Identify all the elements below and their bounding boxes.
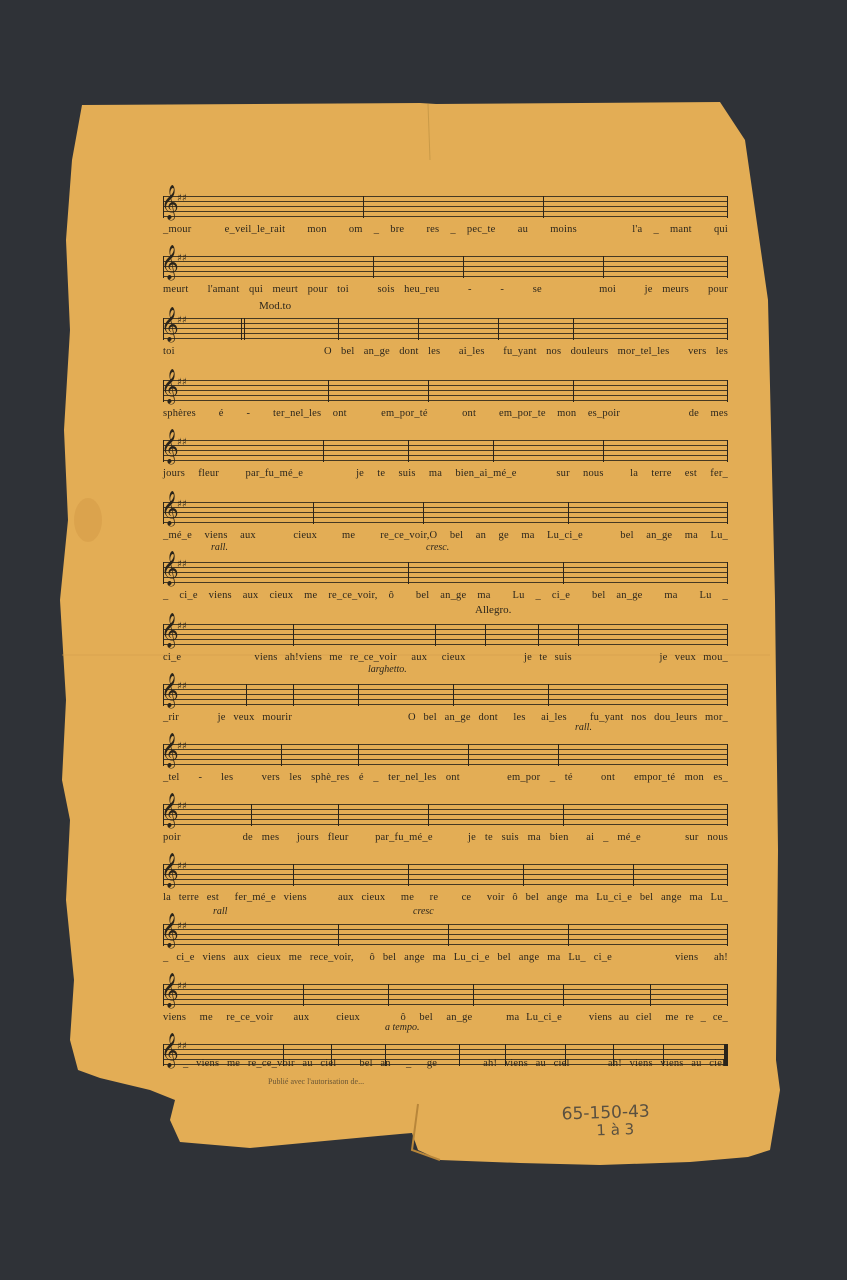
music-system-8: 𝄞 ♯♯ ci_e viens ah!viens me re_ce_voir a…	[163, 618, 728, 678]
staff: 𝄞 ♯♯	[163, 196, 728, 218]
staff: 𝄞 ♯♯	[163, 318, 728, 340]
lyric-line: sphères é - ter_nel_les ont em_por_té on…	[163, 408, 728, 419]
key-signature-sharp-icon: ♯♯	[177, 253, 187, 264]
lyric-line: toi O bel an_ge dont les ai_les fu_yant …	[163, 346, 728, 357]
sheet-music-page: 𝄞 ♯♯ _mour e_veil_le_rait mon om _ bre r…	[0, 0, 847, 1280]
rall-marking: rall.	[211, 542, 228, 553]
music-system-2: 𝄞 ♯♯ meurt l'amant qui meurt pour toi so…	[163, 250, 728, 310]
lyric-line: poir de mes jours fleur par_fu_mé_e je t…	[163, 832, 728, 843]
key-signature-sharp-icon: ♯♯	[177, 377, 187, 388]
staff: 𝄞 ♯♯	[163, 804, 728, 826]
staff: 𝄞 ♯♯	[163, 624, 728, 646]
lyric-line: jours fleur par_fu_mé_e je te suis ma bi…	[163, 468, 728, 479]
key-signature-sharp-icon: ♯♯	[177, 681, 187, 692]
music-system-11: 𝄞 ♯♯ poir de mes jours fleur par_fu_mé_e…	[163, 798, 728, 858]
lyric-line: _tel - les vers les sphè_res é _ ter_nel…	[163, 772, 728, 783]
music-system-14: 𝄞 ♯♯ viens me re_ce_voir aux cieux ô bel…	[163, 978, 728, 1038]
publisher-imprint: Publié avec l'autorisation de...	[268, 1077, 364, 1086]
lyric-line: _ ci_e viens aux cieux me rece_voir, ô b…	[163, 952, 728, 963]
staff: 𝄞 ♯♯	[163, 924, 728, 946]
lyric-line: la terre est fer_mé_e viens aux cieux me…	[163, 892, 728, 903]
lyric-line: meurt l'amant qui meurt pour toi sois he…	[163, 284, 728, 295]
music-system-1: 𝄞 ♯♯ _mour e_veil_le_rait mon om _ bre r…	[163, 190, 728, 250]
staff: 𝄞 ♯♯	[163, 440, 728, 462]
handwritten-accession-number: 65-150-43 1 à 3	[561, 1103, 650, 1140]
music-system-3: 𝄞 ♯♯ toi O bel an_ge dont les ai_les fu_…	[163, 312, 728, 372]
key-signature-sharp-icon: ♯♯	[177, 621, 187, 632]
music-system-15: 𝄞 ♯♯ _ viens me re_ce_voir au ciel bel a…	[163, 1038, 728, 1098]
staff: 𝄞 ♯♯	[163, 684, 728, 706]
key-signature-sharp-icon: ♯♯	[177, 315, 187, 326]
lyric-line: _ ci_e viens aux cieux me re_ce_voir, ô …	[163, 590, 728, 601]
music-system-9: 𝄞 ♯♯ _rir je veux mourir O bel an_ge don…	[163, 678, 728, 738]
music-system-10: 𝄞 ♯♯ _tel - les vers les sphè_res é _ te…	[163, 738, 728, 798]
staff: 𝄞 ♯♯	[163, 864, 728, 886]
lyric-line: viens me re_ce_voir aux cieux ô bel an_g…	[163, 1012, 728, 1023]
key-signature-sharp-icon: ♯♯	[177, 921, 187, 932]
lyric-line: _mour e_veil_le_rait mon om _ bre res _ …	[163, 224, 728, 235]
key-signature-sharp-icon: ♯♯	[177, 499, 187, 510]
key-signature-sharp-icon: ♯♯	[177, 193, 187, 204]
lyric-line: _mé_e viens aux cieux me re_ce_voir,O be…	[163, 530, 728, 541]
lyric-line: _ viens me re_ce_voir au ciel bel an _ g…	[183, 1058, 728, 1069]
key-signature-sharp-icon: ♯♯	[177, 801, 187, 812]
key-signature-sharp-icon: ♯♯	[177, 861, 187, 872]
key-signature-sharp-icon: ♯♯	[177, 741, 187, 752]
music-system-5: 𝄞 ♯♯ jours fleur par_fu_mé_e je te suis …	[163, 434, 728, 494]
music-system-12: 𝄞 ♯♯ la terre est fer_mé_e viens aux cie…	[163, 858, 728, 918]
lyric-line: _rir je veux mourir O bel an_ge dont les…	[163, 712, 728, 723]
music-system-4: 𝄞 ♯♯ sphères é - ter_nel_les ont em_por_…	[163, 374, 728, 434]
a-tempo-marking: a tempo.	[385, 1022, 419, 1033]
staff: 𝄞 ♯♯	[163, 502, 728, 524]
lyric-line: ci_e viens ah!viens me re_ce_voir aux ci…	[163, 652, 728, 663]
allegro-marking: Allegro.	[475, 604, 511, 616]
music-system-13: 𝄞 ♯♯ _ ci_e viens aux cieux me rece_voir…	[163, 918, 728, 978]
staff: 𝄞 ♯♯	[163, 744, 728, 766]
key-signature-sharp-icon: ♯♯	[177, 1041, 187, 1052]
rall-marking: rall.	[575, 722, 592, 733]
tempo-marking: Mod.to	[259, 300, 291, 312]
larghetto-marking: larghetto.	[368, 664, 407, 675]
page-range: 1 à 3	[580, 1121, 650, 1139]
key-signature-sharp-icon: ♯♯	[177, 559, 187, 570]
staff: 𝄞 ♯♯	[163, 380, 728, 402]
rall-marking: rall	[213, 906, 227, 917]
music-system-7: 𝄞 ♯♯ _ ci_e viens aux cieux me re_ce_voi…	[163, 556, 728, 616]
cresc-marking: cresc	[413, 906, 434, 917]
cresc-marking: cresc.	[426, 542, 449, 553]
key-signature-sharp-icon: ♯♯	[177, 981, 187, 992]
staff: 𝄞 ♯♯	[163, 984, 728, 1006]
staff: 𝄞 ♯♯	[163, 256, 728, 278]
staff: 𝄞 ♯♯	[163, 562, 728, 584]
key-signature-sharp-icon: ♯♯	[177, 437, 187, 448]
